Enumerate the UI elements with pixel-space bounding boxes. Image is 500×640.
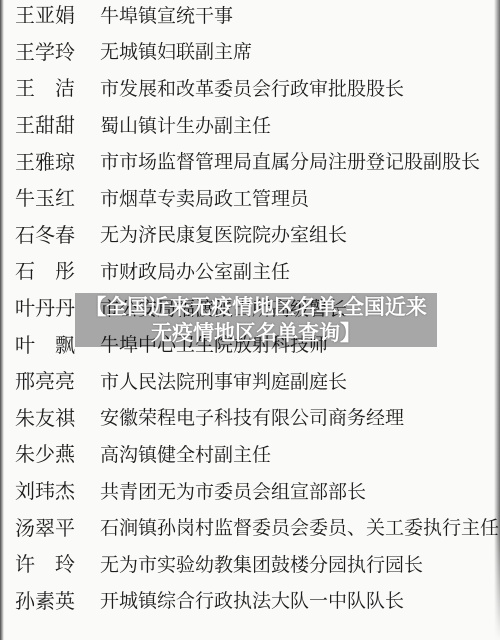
person-title: 市人民法院刑事审判庭副庭长	[100, 373, 347, 392]
list-item: 王学玲 无城镇妇联副主席	[0, 35, 500, 72]
list-item: 王甜甜 蜀山镇计生办副主任	[0, 108, 500, 145]
person-name: 汤翠平	[15, 519, 77, 539]
person-name: 朱友祺	[15, 409, 77, 429]
list-item: 许 玲 无为市实验幼教集团鼓楼分园执行园长	[0, 547, 500, 584]
list-item: 邢亮亮 市人民法院刑事审判庭副庭长	[0, 364, 500, 401]
list-item: 汤翠平 石涧镇孙岗村监督委员会委员、关工委执行主任	[0, 510, 500, 547]
person-name: 王雅琼	[15, 153, 77, 173]
person-title: 高沟镇健全村副主任	[100, 446, 271, 465]
person-title: 开城镇综合行政执法大队一中队队长	[100, 592, 404, 611]
list-item: 石 彤 市财政局办公室副主任	[0, 254, 500, 291]
list-item: 王雅琼 市市场监督管理局直属分局注册登记股副股长	[0, 144, 500, 181]
person-name: 牛玉红	[15, 189, 77, 209]
person-title: 市烟草专卖局政工管理员	[100, 190, 309, 209]
person-name: 叶 飘	[15, 336, 77, 356]
person-title: 无为济民康复医院院办室组长	[100, 226, 347, 245]
person-name: 石冬春	[15, 226, 77, 246]
watermark-overlay: 【全国近来无疫情地区名单,全国近来 无疫情地区名单查询】	[75, 293, 437, 347]
person-title: 市市场监督管理局直属分局注册登记股副股长	[100, 153, 480, 172]
person-name: 王学玲	[15, 43, 77, 63]
person-name: 王 洁	[15, 79, 77, 99]
person-name: 叶丹丹	[15, 299, 77, 319]
person-name: 邢亮亮	[15, 372, 77, 392]
list-item: 朱友祺 安徽荣程电子科技有限公司商务经理	[0, 401, 500, 438]
list-item: 石冬春 无为济民康复医院院办室组长	[0, 218, 500, 255]
person-title: 共青团无为市委员会组宣部部长	[100, 483, 366, 502]
person-name: 许 玲	[15, 555, 77, 575]
person-title: 无为市实验幼教集团鼓楼分园执行园长	[100, 556, 423, 575]
person-title: 无城镇妇联副主席	[100, 43, 252, 62]
person-title: 蜀山镇计生办副主任	[100, 117, 271, 136]
list-item: 刘玮杰 共青团无为市委员会组宣部部长	[0, 474, 500, 511]
person-title: 市财政局办公室副主任	[100, 263, 290, 282]
person-name: 刘玮杰	[15, 482, 77, 502]
person-name: 石 彤	[15, 262, 77, 282]
watermark-line1: 【全国近来无疫情地区名单,全国近来	[75, 295, 437, 321]
person-name: 朱少燕	[15, 445, 77, 465]
list-item: 朱少燕 高沟镇健全村副主任	[0, 437, 500, 474]
person-name: 王亚娟	[15, 6, 77, 26]
list-item: 王 洁 市发展和改革委员会行政审批股股长	[0, 71, 500, 108]
person-title: 石涧镇孙岗村监督委员会委员、关工委执行主任	[100, 519, 499, 538]
list-item: 王亚娟 牛埠镇宣统干事	[0, 0, 500, 35]
list-item: 牛玉红 市烟草专卖局政工管理员	[0, 181, 500, 218]
watermark-line2: 无疫情地区名单查询】	[75, 321, 437, 347]
person-name: 王甜甜	[15, 116, 77, 136]
person-title: 市发展和改革委员会行政审批股股长	[100, 80, 404, 99]
list-item: 孙素英 开城镇综合行政执法大队一中队队长	[0, 584, 500, 621]
document-page: 王亚娟 牛埠镇宣统干事 王学玲 无城镇妇联副主席 王 洁 市发展和改革委员会行政…	[0, 0, 500, 640]
person-name: 孙素英	[15, 592, 77, 612]
person-title: 牛埠镇宣统干事	[100, 7, 233, 26]
person-title: 安徽荣程电子科技有限公司商务经理	[100, 409, 404, 428]
